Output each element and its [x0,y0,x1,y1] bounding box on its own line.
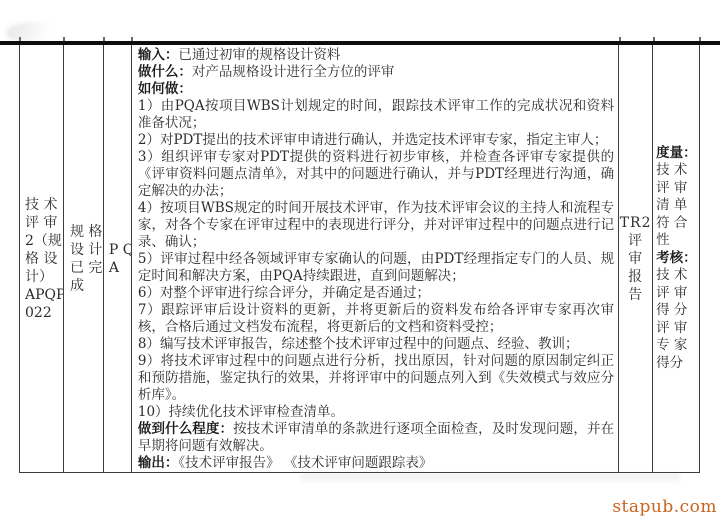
text-line: P Q [109,241,131,259]
cell-precondition: 规 格设 计已 完成 [64,45,104,472]
paragraph: 9）将技术评审过程中的问题点进行分析，找出原因，针对问题的原因制定纠正和预防措施… [138,353,614,404]
column-tick [619,37,621,41]
text-line: 计） [25,268,63,286]
text-line: 成 [70,277,103,295]
scanned-document-page: 技 术评 审2（规格 设计）APQP-022 规 格设 计已 完成 P QA 输… [0,0,720,521]
cell-process-id: 技 术评 审2（规格 设计）APQP-022 [20,45,64,472]
text-line: 技 术 [25,196,63,214]
cell-metrics: 度量： 技 术评 审清 单符 合性 考核： 技 术评 审得 分评 审专 家得分 [653,45,700,472]
text-line: 得 分 [656,302,699,320]
text-line: 规 格 [70,223,103,241]
assess-lines: 技 术评 审得 分评 审专 家得分 [656,267,699,372]
text-line: 专 家 [656,337,699,355]
text-line: 技 术 [656,162,699,180]
paragraph: 6）对整个评审进行综合评分，并确定是否通过； [138,285,614,302]
scan-artifact [300,474,680,484]
watermark-text: stapub.com [612,497,717,517]
text-line: 评 审 [656,180,699,198]
paragraph: 做到什么程度：按技术评审清单的条款进行逐项全面检查，及时发现问题，并在早期将问题… [138,421,614,455]
column-tick [103,37,105,41]
paragraph: 5）评审过程中经各领域评审专家确认的问题，由PDT经理指定专门的人员、规定时间和… [138,251,614,285]
paragraph: 8）编写技术评审报告，综述整个技术评审过程中的问题点、经验、教训； [138,336,614,353]
paragraph: 输出：《技术评审报告》 《技术评审问题跟踪表》 [138,455,614,472]
section-label: 输出： [138,455,179,471]
text-line: 评 审 [656,320,699,338]
paragraph: 3）组织评审专家对PDT提供的资料进行初步审核，并检查各评审专家提供的《评审资料… [138,149,614,200]
paragraph: 1）由PQA按项目WBS计划规定的时间，跟踪技术评审工作的完成状况和资料准备状况… [138,98,614,132]
text-line: 评 [619,232,652,250]
text-line: TR2 [619,214,652,232]
paragraph: 如何做： [138,81,614,98]
text-line: 告 [619,286,652,304]
column-tick [699,37,701,41]
cell-activity-detail: 输入：已通过初审的规格设计资料做什么：对产品规格设计进行全方位的评审如何做：1）… [132,45,619,472]
text-line: 022 [25,304,63,322]
text-line: 已 完 [70,259,103,277]
text-line: 格 设 [25,250,63,268]
cell-owner: P QA [104,45,132,472]
text-line: 2（规 [25,232,63,250]
paragraph: 7）跟踪评审后设计资料的更新，并将更新后的资料发布给各评审专家再次审核，合格后通… [138,302,614,336]
paragraph: 做什么：对产品规格设计进行全方位的评审 [138,64,614,81]
paragraph: 2）对PDT提出的技术评审申请进行确认，并选定技术评审专家，指定主审人； [138,132,614,149]
text-line: 审 [619,250,652,268]
text-line: 清 单 [656,197,699,215]
column-tick [19,37,21,41]
section-label: 做到什么程度： [138,421,233,437]
column-tick [131,37,133,41]
text-line: 报 [619,268,652,286]
paragraph: 输入：已通过初审的规格设计资料 [138,47,614,64]
measure-lines: 技 术评 审清 单符 合性 [656,162,699,250]
cell-output-doc: TR2评审报告 [619,45,653,472]
assess-label: 考核： [656,250,699,268]
column-tick [63,37,65,41]
column-tick [653,37,655,41]
text-line: 技 术 [656,267,699,285]
paragraph: 4）按项目WBS规定的时间开展技术评审，作为技术评审会议的主持人和流程专家，对各… [138,200,614,251]
text-line: 符 合 [656,215,699,233]
text-line: 评 审 [25,214,63,232]
section-label: 如何做： [138,81,192,97]
text-line: 得分 [656,355,699,373]
text-line: 性 [656,232,699,250]
text-line: APQP- [25,286,63,304]
section-label: 做什么： [138,64,192,80]
section-label: 输入： [138,47,179,63]
text-line: A [109,259,131,277]
measure-label: 度量： [656,145,699,163]
paragraph: 10）持续优化技术评审检查清单。 [138,404,614,421]
process-table-row: 技 术评 审2（规格 设计）APQP-022 规 格设 计已 完成 P QA 输… [19,45,700,473]
text-line: 评 审 [656,285,699,303]
text-line: 设 计 [70,241,103,259]
